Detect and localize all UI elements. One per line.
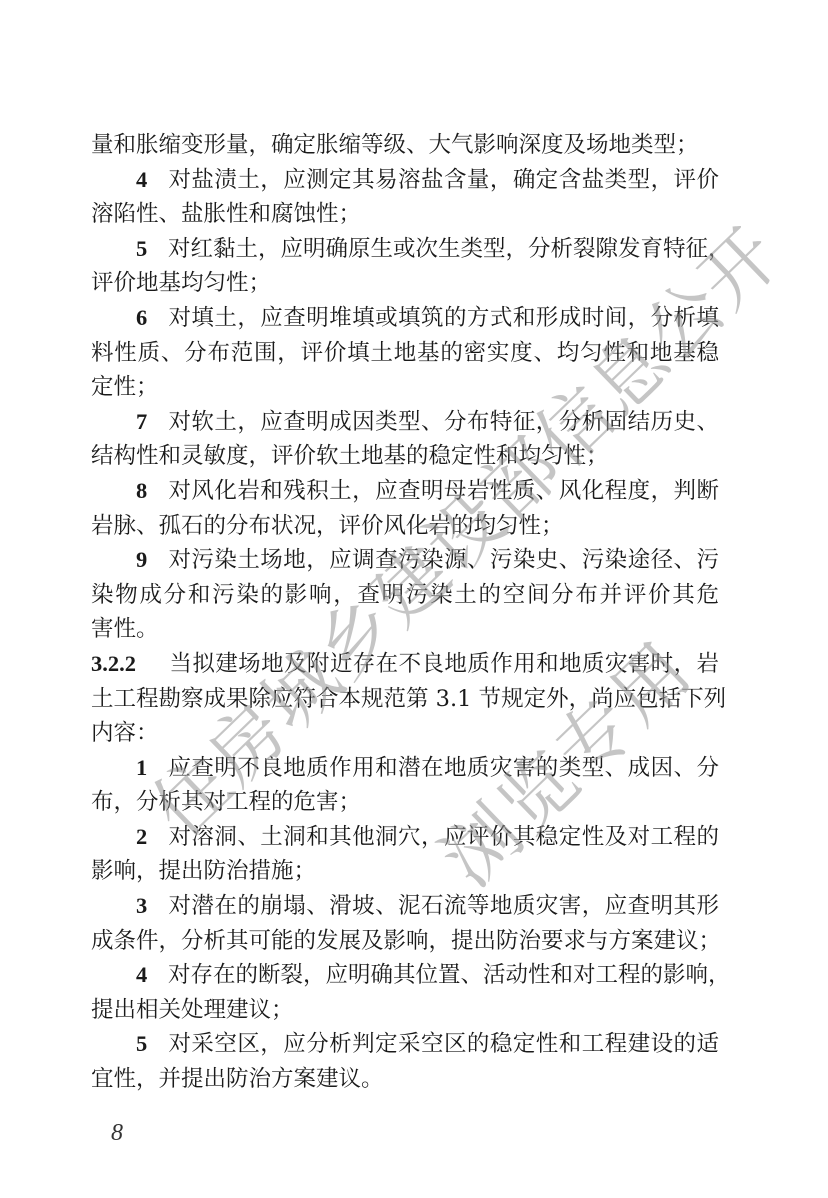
list-item-line: 6对填土，应查明堆填或填筑的方式和形成时间，分析填 — [91, 301, 719, 336]
continuation-line: 成条件，分析其可能的发展及影响，提出防治要求与方案建议； — [91, 924, 719, 959]
line-text: 成条件，分析其可能的发展及影响，提出防治要求与方案建议； — [91, 928, 721, 954]
continuation-line: 量和胀缩变形量，确定胀缩等级、大气影响深度及场地类型； — [91, 128, 719, 163]
continuation-line: 料性质、分布范围，评价填土地基的密实度、均匀性和地基稳 — [91, 336, 719, 371]
continuation-line: 内容： — [91, 716, 719, 751]
list-item-line: 3对潜在的崩塌、滑坡、泥石流等地质灾害，应查明其形 — [91, 889, 719, 924]
list-item-line: 5对红黏土，应明确原生或次生类型，分析裂隙发育特征， — [91, 232, 719, 267]
list-item-line: 9对污染土场地，应调查污染源、污染史、污染途径、污 — [91, 543, 719, 578]
line-text: 对采空区，应分析判定采空区的稳定性和工程建设的适 — [168, 1031, 719, 1057]
item-number: 3 — [136, 889, 168, 924]
line-text: 对风化岩和残积土，应查明母岩性质、风化程度，判断 — [168, 478, 719, 504]
line-text: 内容： — [91, 720, 159, 746]
list-item-line: 4对盐渍土，应测定其易溶盐含量，确定含盐类型，评价 — [91, 163, 719, 198]
clause-line: 3.2.2当拟建场地及附近存在不良地质作用和地质灾害时，岩 — [91, 647, 719, 682]
item-number: 6 — [136, 301, 168, 336]
item-number: 5 — [136, 232, 168, 267]
line-text: 影响，提出防治措施； — [91, 858, 316, 884]
item-number: 9 — [136, 543, 168, 578]
line-text: 染物成分和污染的影响，查明污染土的空间分布并评价其危 — [91, 582, 719, 608]
document-body: 量和胀缩变形量，确定胀缩等级、大气影响深度及场地类型；4对盐渍土，应测定其易溶盐… — [91, 128, 719, 1097]
line-text: 岩脉、孤石的分布状况，评价风化岩的均匀性； — [91, 513, 564, 539]
item-number: 1 — [136, 751, 168, 786]
continuation-line: 染物成分和污染的影响，查明污染土的空间分布并评价其危 — [91, 578, 719, 613]
continuation-line: 害性。 — [91, 612, 719, 647]
item-number: 7 — [136, 405, 168, 440]
line-text: 定性； — [91, 374, 159, 400]
item-number: 4 — [136, 958, 168, 993]
line-text: 对填土，应查明堆填或填筑的方式和形成时间，分析填 — [168, 305, 719, 331]
line-text: 对潜在的崩塌、滑坡、泥石流等地质灾害，应查明其形 — [168, 893, 719, 919]
line-text: 对溶洞、土洞和其他洞穴，应评价其稳定性及对工程的 — [168, 824, 719, 850]
continuation-line: 宜性，并提出防治方案建议。 — [91, 1062, 719, 1097]
line-text: 评价地基均匀性； — [91, 270, 271, 296]
item-number: 8 — [136, 474, 168, 509]
clause-number: 3.2.2 — [91, 647, 169, 682]
item-number: 2 — [136, 820, 168, 855]
continuation-line: 影响，提出防治措施； — [91, 854, 719, 889]
item-number: 5 — [136, 1027, 168, 1062]
list-item-line: 7对软土，应查明成因类型、分布特征，分析固结历史、 — [91, 405, 719, 440]
line-text: 提出相关处理建议； — [91, 997, 294, 1023]
continuation-line: 结构性和灵敏度，评价软土地基的稳定性和均匀性； — [91, 439, 719, 474]
line-text: 应查明不良地质作用和潜在地质灾害的类型、成因、分 — [168, 755, 719, 781]
list-item-line: 8对风化岩和残积土，应查明母岩性质、风化程度，判断 — [91, 474, 719, 509]
line-text: 土工程勘察成果除应符合本规范第 3.1 节规定外，尚应包括下列 — [91, 686, 726, 712]
list-item-line: 2对溶洞、土洞和其他洞穴，应评价其稳定性及对工程的 — [91, 820, 719, 855]
continuation-line: 溶陷性、盐胀性和腐蚀性； — [91, 197, 719, 232]
continuation-line: 定性； — [91, 370, 719, 405]
continuation-line: 土工程勘察成果除应符合本规范第 3.1 节规定外，尚应包括下列 — [91, 682, 719, 717]
line-text: 溶陷性、盐胀性和腐蚀性； — [91, 201, 361, 227]
continuation-line: 布，分析其对工程的危害； — [91, 785, 719, 820]
line-text: 宜性，并提出防治方案建议。 — [91, 1066, 384, 1092]
line-text: 料性质、分布范围，评价填土地基的密实度、均匀性和地基稳 — [91, 340, 719, 366]
line-text: 对盐渍土，应测定其易溶盐含量，确定含盐类型，评价 — [168, 167, 719, 193]
line-text: 对存在的断裂，应明确其位置、活动性和对工程的影响， — [168, 962, 731, 988]
continuation-line: 提出相关处理建议； — [91, 993, 719, 1028]
item-number: 4 — [136, 163, 168, 198]
list-item-line: 1应查明不良地质作用和潜在地质灾害的类型、成因、分 — [91, 751, 719, 786]
page-number: 8 — [111, 1120, 123, 1147]
list-item-line: 5对采空区，应分析判定采空区的稳定性和工程建设的适 — [91, 1027, 719, 1062]
continuation-line: 岩脉、孤石的分布状况，评价风化岩的均匀性； — [91, 509, 719, 544]
line-text: 对污染土场地，应调查污染源、污染史、污染途径、污 — [168, 547, 719, 573]
continuation-line: 评价地基均匀性； — [91, 266, 719, 301]
line-text: 对软土，应查明成因类型、分布特征，分析固结历史、 — [168, 409, 719, 435]
line-text: 量和胀缩变形量，确定胀缩等级、大气影响深度及场地类型； — [91, 132, 699, 158]
list-item-line: 4对存在的断裂，应明确其位置、活动性和对工程的影响， — [91, 958, 719, 993]
line-text: 对红黏土，应明确原生或次生类型，分析裂隙发育特征， — [168, 236, 731, 262]
line-text: 布，分析其对工程的危害； — [91, 789, 361, 815]
line-text: 结构性和灵敏度，评价软土地基的稳定性和均匀性； — [91, 443, 609, 469]
line-text: 害性。 — [91, 616, 159, 642]
line-text: 当拟建场地及附近存在不良地质作用和地质灾害时，岩 — [169, 651, 719, 677]
